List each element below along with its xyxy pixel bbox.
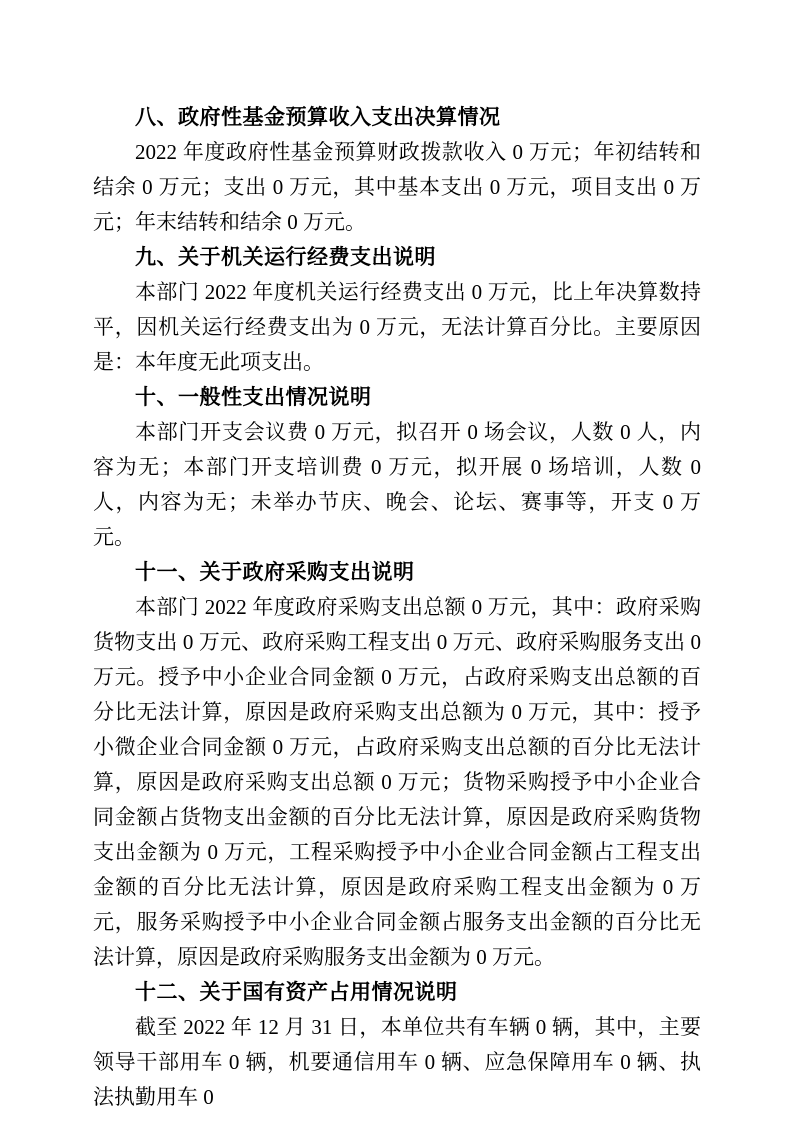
section-paragraph-government-procurement: 本部门 2022 年度政府采购支出总额 0 万元，其中：政府采购货物支出 0 万…	[93, 590, 701, 975]
section-paragraph-agency-operating-expense: 本部门 2022 年度机关运行经费支出 0 万元，比上年决算数持平，因机关运行经…	[93, 275, 701, 380]
section-paragraph-general-expenditure: 本部门开支会议费 0 万元，拟召开 0 场会议，人数 0 人，内容为无；本部门开…	[93, 415, 701, 555]
section-heading-general-expenditure: 十、一般性支出情况说明	[93, 380, 701, 415]
section-heading-government-procurement: 十一、关于政府采购支出说明	[93, 555, 701, 590]
section-heading-state-owned-assets: 十二、关于国有资产占用情况说明	[93, 975, 701, 1010]
section-paragraph-state-owned-assets: 截至 2022 年 12 月 31 日，本单位共有车辆 0 辆，其中，主要领导干…	[93, 1010, 701, 1115]
section-heading-agency-operating-expense: 九、关于机关运行经费支出说明	[93, 240, 701, 275]
section-paragraph-government-fund-budget: 2022 年度政府性基金预算财政拨款收入 0 万元；年初结转和结余 0 万元；支…	[93, 135, 701, 240]
document-content: 八、政府性基金预算收入支出决算情况 2022 年度政府性基金预算财政拨款收入 0…	[93, 100, 701, 1115]
document-page: 八、政府性基金预算收入支出决算情况 2022 年度政府性基金预算财政拨款收入 0…	[0, 0, 793, 1122]
section-heading-government-fund-budget: 八、政府性基金预算收入支出决算情况	[93, 100, 701, 135]
